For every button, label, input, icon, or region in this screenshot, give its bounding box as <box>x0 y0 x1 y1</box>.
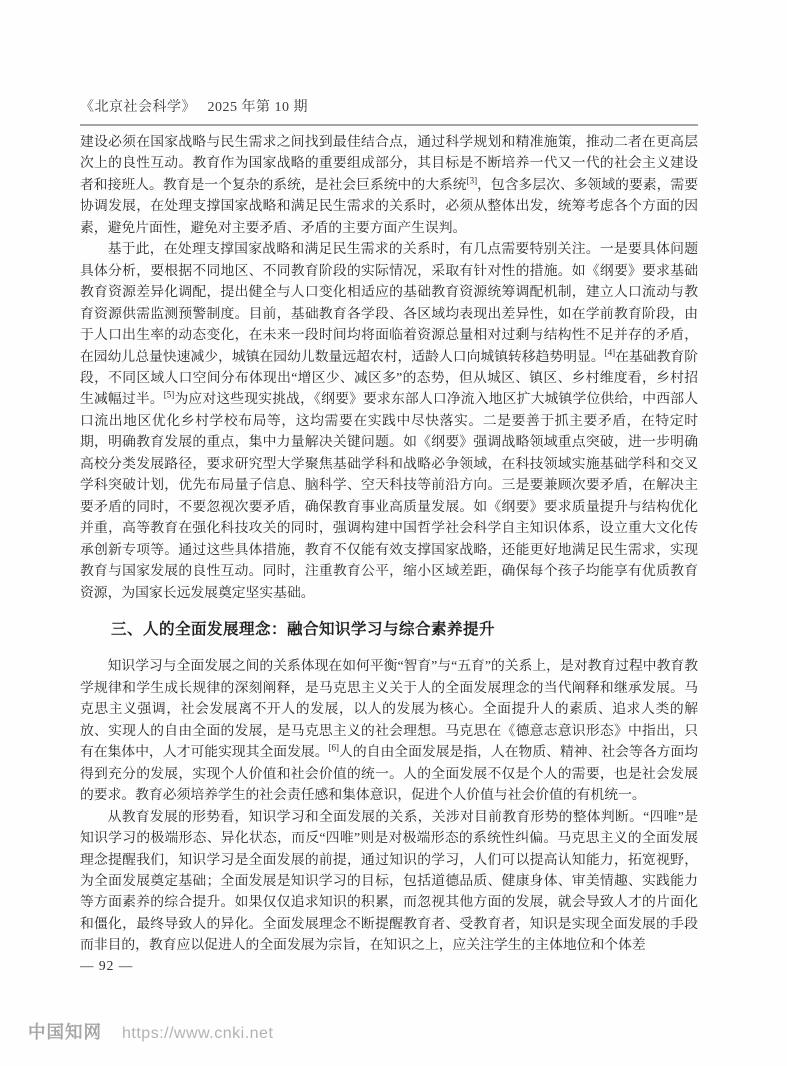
header-rule <box>80 124 698 126</box>
citation-ref: [6] <box>329 743 340 753</box>
paragraph: 建设必须在国家战略与民生需求之间找到最佳结合点，通过科学规划和精准施策，推动二者… <box>80 131 698 238</box>
citation-ref: [5] <box>164 390 175 400</box>
page-number: — 92 — <box>80 958 133 974</box>
cnki-watermark: 中国知网 https://www.cnki.net <box>28 1019 273 1044</box>
paragraph: 知识学习与全面发展之间的关系体现在如何平衡“智育”与“五育”的关系上，是对教育过… <box>80 655 698 805</box>
journal-page: 《北京社会科学》 2025 年第 10 期 建设必须在国家战略与民生需求之间找到… <box>0 0 787 1066</box>
cnki-site-name: 中国知网 <box>28 1019 102 1044</box>
citation-ref: [3] <box>467 175 478 185</box>
article-body: 建设必须在国家战略与民生需求之间找到最佳结合点，通过科学规划和精准施策，推动二者… <box>80 131 698 956</box>
citation-ref: [4] <box>605 347 616 357</box>
paragraph: 从教育发展的形势看，知识学习和全面发展的关系，关涉对目前教育形势的整体判断。“四… <box>80 806 698 956</box>
cnki-url-link[interactable]: https://www.cnki.net <box>122 1025 273 1043</box>
paragraph: 基于此，在处理支撑国家战略和满足民生需求的关系时，有几点需要特别关注。一是要具体… <box>80 238 698 603</box>
section-heading: 三、人的全面发展理念：融合知识学习与综合素养提升 <box>80 619 698 640</box>
journal-header: 《北京社会科学》 2025 年第 10 期 <box>80 96 308 116</box>
